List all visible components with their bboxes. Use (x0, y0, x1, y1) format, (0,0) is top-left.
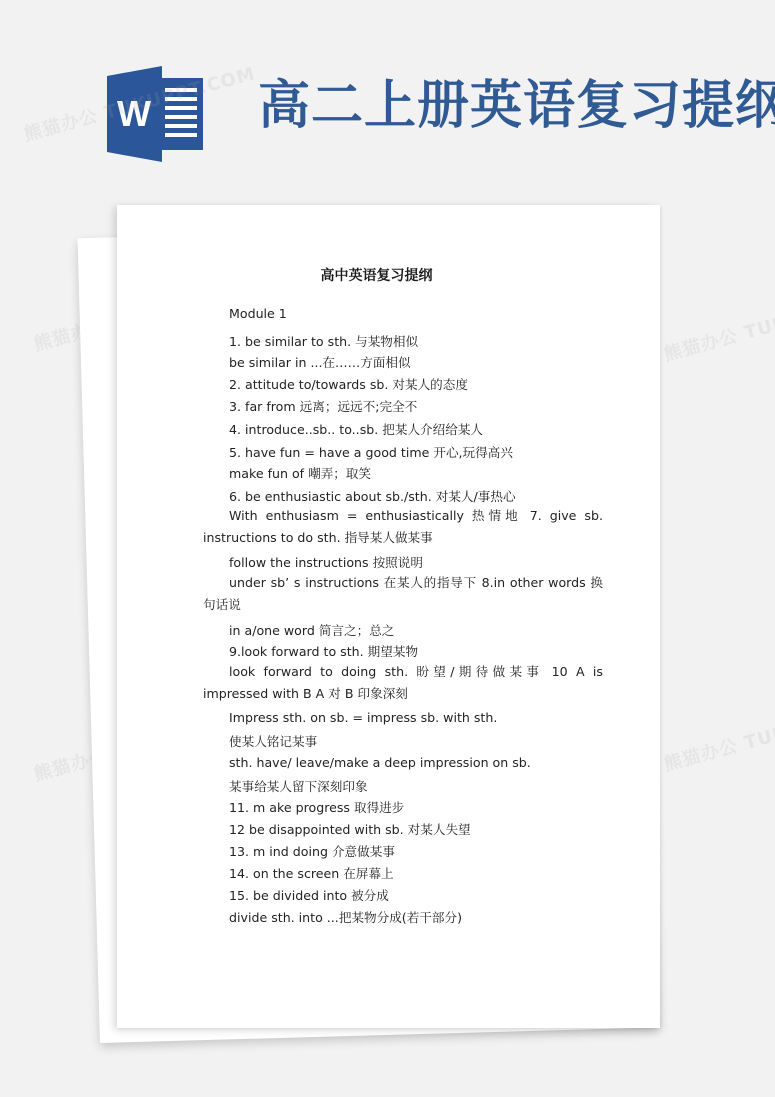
text-paragraph: With enthusiasm = enthusiastically 热情地 7… (203, 505, 603, 549)
text-line: sth. have/ leave/make a deep impression … (229, 755, 531, 770)
svg-text:W: W (117, 93, 151, 134)
text-line: 6. be enthusiastic about sb./sth. 对某人/事热… (229, 486, 516, 505)
text-line: 5. have fun = have a good time 开心,玩得高兴 (229, 442, 513, 461)
text-line: 14. on the screen 在屏幕上 (229, 863, 394, 882)
text-line: 使某人铭记某事 (229, 731, 317, 750)
text-line: 4. introduce..sb.. to..sb. 把某人介绍给某人 (229, 419, 483, 438)
text-line: in a/one word 简言之；总之 (229, 620, 394, 639)
text-line: 15. be divided into 被分成 (229, 885, 389, 904)
word-document-icon: W (107, 66, 205, 162)
banner-title: 高二上册英语复习提纲 (258, 74, 775, 138)
text-line: 9.look forward to sth. 期望某物 (229, 641, 418, 660)
text-line: 某事给某人留下深刻印象 (229, 776, 368, 795)
text-line: 2. attitude to/towards sb. 对某人的态度 (229, 374, 468, 393)
text-line: 12 be disappointed with sb. 对某人失望 (229, 819, 471, 838)
document-page: 高中英语复习提纲 Module 1 1. be similar to sth. … (117, 205, 660, 1028)
text-line: divide sth. into ...把某物分成(若干部分) (229, 907, 462, 926)
text-paragraph: under sb’ s instructions 在某人的指导下 8.in ot… (203, 572, 603, 616)
document-title: 高中英语复习提纲 (105, 265, 648, 285)
text-paragraph: look forward to doing sth. 盼望/期待做某事 10 A… (203, 661, 603, 705)
text-line: be similar in ...在……方面相似 (229, 352, 411, 371)
module-heading: Module 1 (229, 306, 287, 321)
text-line: Impress sth. on sb. = impress sb. with s… (229, 710, 497, 725)
watermark: 熊猫办公 TUKUPPT.COM (661, 280, 775, 367)
text-line: 1. be similar to sth. 与某物相似 (229, 331, 418, 350)
banner: W 高二上册英语复习提纲 (0, 0, 775, 190)
text-line: 11. m ake progress 取得进步 (229, 797, 404, 816)
text-line: follow the instructions 按照说明 (229, 552, 423, 571)
watermark: 熊猫办公 TUKUPPT.COM (661, 690, 775, 777)
text-line: 13. m ind doing 介意做某事 (229, 841, 395, 860)
text-line: 3. far from 远离；远远不;完全不 (229, 396, 417, 415)
text-line: make fun of 嘲弄；取笑 (229, 463, 371, 482)
